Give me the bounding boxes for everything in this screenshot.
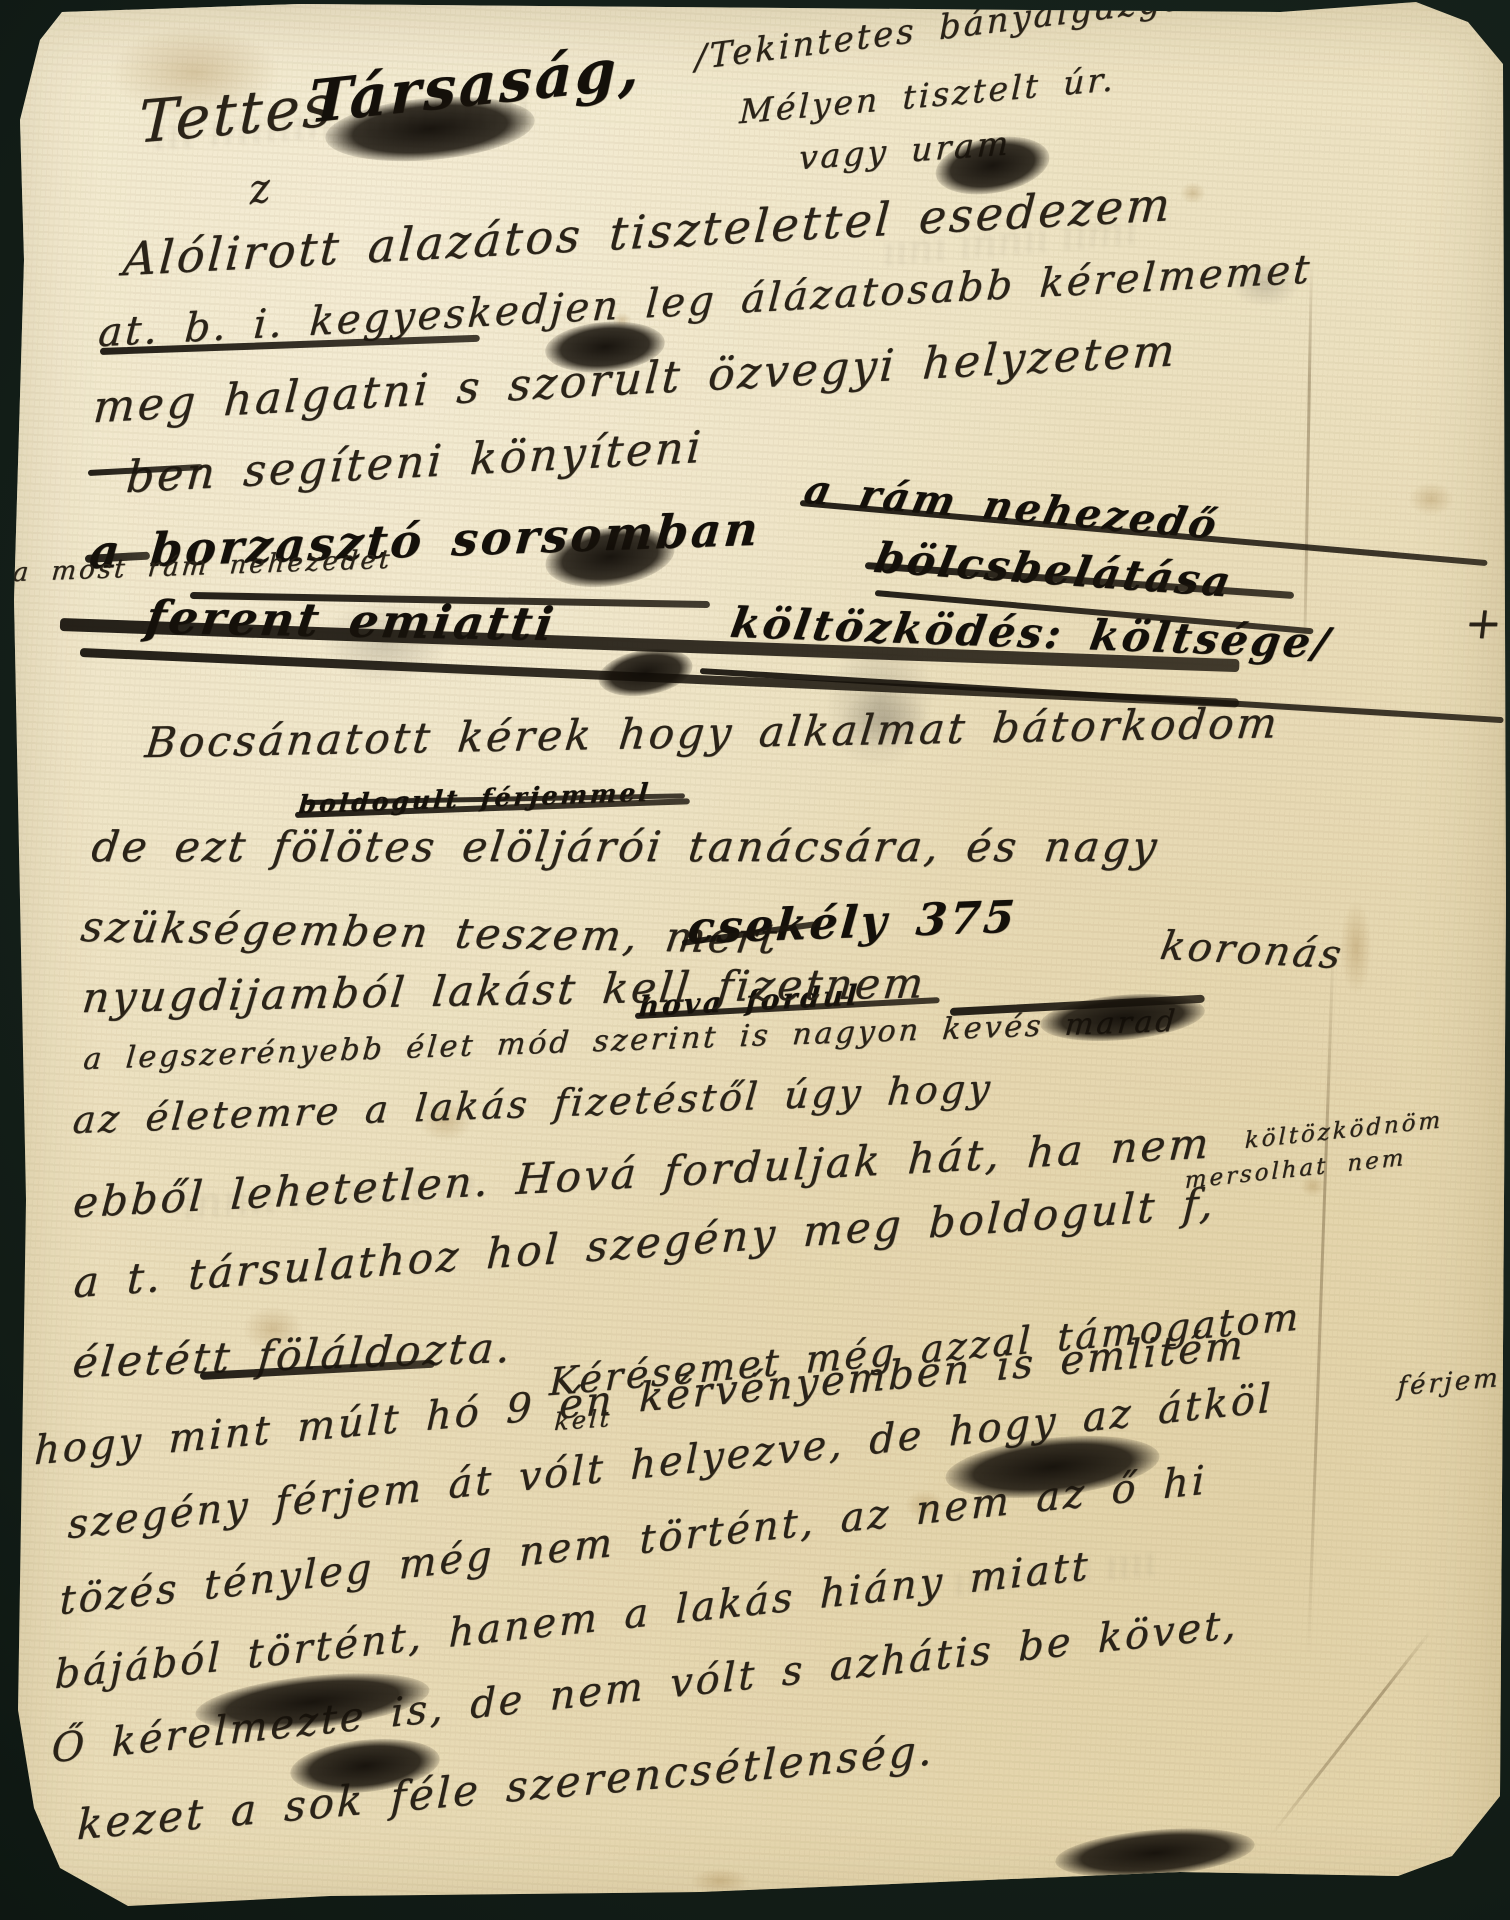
paper-crease (1307, 940, 1335, 1660)
paper-crease (1270, 1629, 1432, 1836)
scanner-backing: ııı mıııın ııım ınnııını ınnıı ıımıınnıı… (0, 0, 1510, 1920)
handwritten-line: /Tekintetes bányaigazgató úr (695, 0, 1293, 78)
handwritten-line: az életemre a lakás fizetéstől úgy hogy (71, 1066, 994, 1142)
paper-stain (1408, 482, 1454, 516)
ink-blot (1038, 988, 1206, 1047)
handwritten-line: ben segíteni könyíteni (124, 422, 705, 504)
paper-crease (0, 0, 98, 145)
ink-blot (1053, 1821, 1256, 1884)
handwritten-line: + (1462, 598, 1508, 649)
paper-stain (690, 1868, 750, 1894)
handwritten-line: férjem (1397, 1363, 1501, 1402)
handwritten-line: koronás (1157, 923, 1347, 978)
handwritten-line: életétt föláldozta. (71, 1323, 515, 1388)
handwritten-line: csekély 375 (686, 892, 1020, 955)
handwritten-line: mersolhat nem (1185, 1145, 1407, 1194)
handwritten-line: a most rám nehezedet (11, 545, 393, 588)
handwritten-line: de ezt fölötes elöljárói tanácsára, és n… (89, 822, 1162, 871)
handwritten-line: Mélyen tisztelt úr. (739, 59, 1117, 131)
paper-stain (1340, 900, 1372, 995)
handwritten-line: szükségemben teszem, mert (78, 902, 782, 963)
letter-paper: ııı mıııın ııım ınnııını ınnıı ıımıınnıı… (0, 0, 1510, 1920)
handwritten-line: z (248, 164, 274, 214)
handwritten-line: Bocsánatott kérek hogy alkalmat bátorkod… (143, 698, 1282, 767)
handwritten-line: költözködnöm (1245, 1107, 1444, 1154)
paper-stain (1180, 182, 1206, 204)
